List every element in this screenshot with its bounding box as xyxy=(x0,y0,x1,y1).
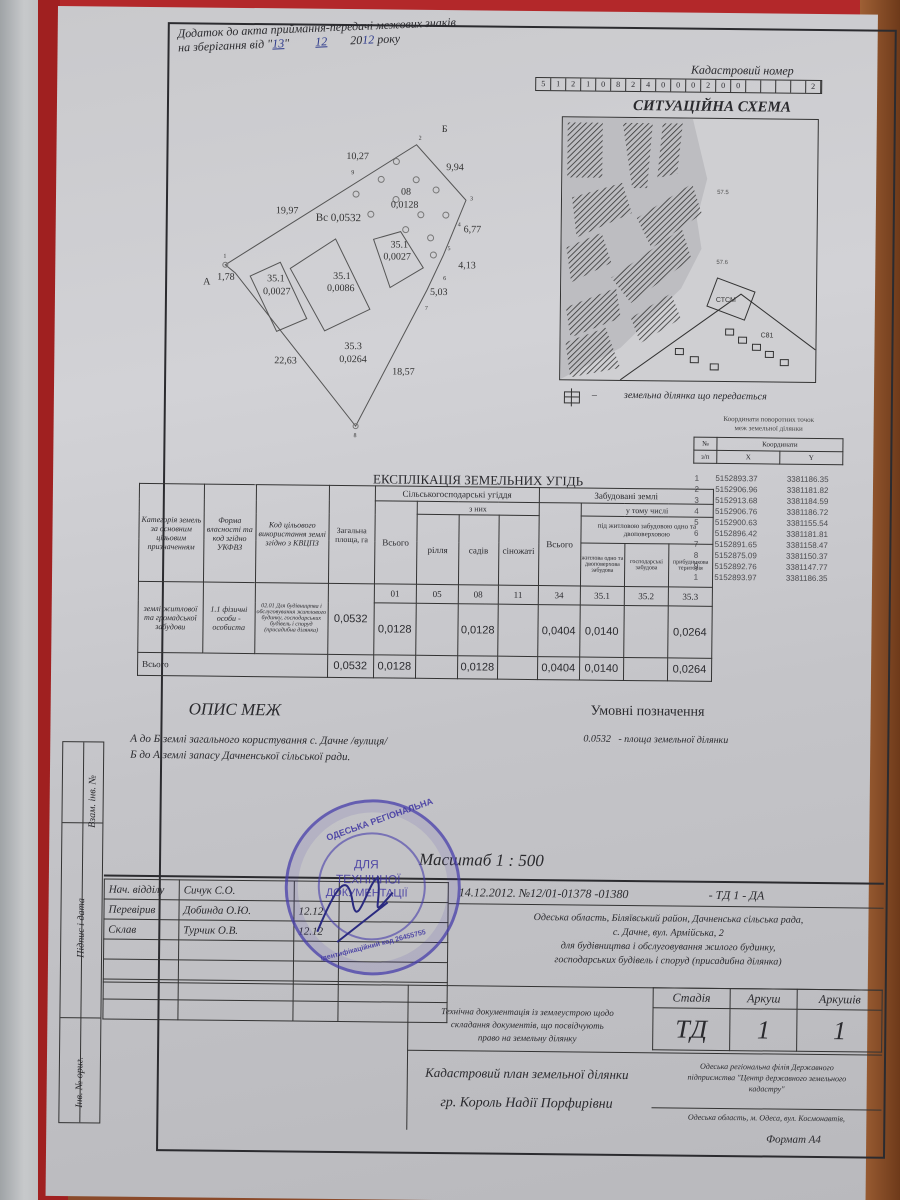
svg-text:18,57: 18,57 xyxy=(392,367,415,378)
cadastral-digit: 2 xyxy=(566,78,581,90)
total-value-cell: 0,0128 xyxy=(457,656,497,679)
staff-name: Турчик О.В. xyxy=(179,920,294,941)
staff-row-empty xyxy=(103,999,447,1023)
coord-y: 3381186.35 xyxy=(771,573,842,585)
row-total-area: 0,0532 xyxy=(327,583,374,654)
coord-y: 3381150.37 xyxy=(771,551,842,563)
cadastral-digit: 0 xyxy=(731,80,746,92)
svg-text:0,0264: 0,0264 xyxy=(339,354,367,365)
total-label: Всього xyxy=(137,652,327,677)
text-line: Технічна документація із землеустрою щод… xyxy=(407,1005,647,1021)
official-stamp: ОДЕСЬКА РЕГІОНАЛЬНА ДЛЯ ТЕХНІЧНОЇ ДОКУМЕ… xyxy=(284,798,462,976)
appendix-year-suffix: 12 xyxy=(362,32,375,46)
cadastral-digit xyxy=(746,80,761,92)
sheets-label: Аркушів xyxy=(798,989,883,1010)
svg-text:6,77: 6,77 xyxy=(464,224,482,235)
coord-col-coords: Координати xyxy=(717,437,843,451)
staff-name: Добинда О.Ю. xyxy=(179,900,294,921)
svg-text:5: 5 xyxy=(447,246,450,252)
value-cell xyxy=(415,603,458,655)
cadastral-digit: 2 xyxy=(626,79,641,91)
boundaries-description: А до Б землі загального користування с. … xyxy=(130,731,387,766)
row-category: землі житлової та громадської забудови xyxy=(138,581,203,653)
svg-text:0,0086: 0,0086 xyxy=(327,283,355,294)
coord-col-no: № xyxy=(694,437,717,450)
location-block: Одеська область, Біляївський район, Дачн… xyxy=(448,910,889,971)
svg-text:6: 6 xyxy=(443,276,446,282)
svg-text:4: 4 xyxy=(458,222,461,228)
cadastral-digit: 5 xyxy=(536,78,551,90)
hdr-sub2: господарські забудова xyxy=(624,543,669,586)
hdr-under-buildings: під житловою забудовою одно та двоповерх… xyxy=(581,516,714,544)
boundaries-title: ОПИС МЕЖ xyxy=(189,699,282,720)
legend-value: 0.0532 xyxy=(583,734,611,745)
stage-label: Стадія xyxy=(653,988,730,1009)
cadastral-number-boxes: 512108240002002 xyxy=(535,77,822,94)
svg-text:22,63: 22,63 xyxy=(274,355,297,366)
coord-y: 3381184.59 xyxy=(772,496,843,508)
sheet-value: 1 xyxy=(729,1009,797,1052)
code-cell: 35.3 xyxy=(668,587,712,606)
code-cell: 35.1 xyxy=(580,586,624,605)
coord-y: 3381181.82 xyxy=(772,485,843,497)
coord-n: 1 xyxy=(693,473,701,484)
coord-col-x: X xyxy=(717,450,780,464)
situation-map: СТСМ С81 57.5 57.6 xyxy=(559,116,819,383)
side-stamp: Взам. інв. № Підпис і дата Інв. № ориг. xyxy=(58,741,104,1123)
staff-name: Сичук С.О. xyxy=(179,880,294,901)
organization-block: Одеська регіональна філія Державногопідп… xyxy=(652,1060,882,1095)
cadastral-digit xyxy=(776,81,791,93)
cadastral-digit: 2 xyxy=(806,81,821,93)
coord-col-no-sub: з/п xyxy=(694,450,717,463)
coord-y: 3381155.54 xyxy=(772,518,843,530)
value-cell: 0,0264 xyxy=(668,606,713,658)
staff-role: Перевірив xyxy=(104,899,179,920)
value-cell: 0,0128 xyxy=(373,603,416,655)
cadastral-digit: 0 xyxy=(596,79,611,91)
coord-col-y: Y xyxy=(780,451,843,465)
svg-text:Вс 0,0532: Вс 0,0532 xyxy=(316,212,361,224)
code-cell: 05 xyxy=(416,584,458,603)
total-value-cell xyxy=(497,656,537,679)
hdr-gardens: садів xyxy=(458,515,499,585)
doc-number: 14.12.2012. №12/01-01378 -01380 xyxy=(459,885,629,902)
cadastral-number-label: Кадастровий номер xyxy=(612,62,872,80)
coord-y: 3381158.47 xyxy=(772,540,843,552)
coordinates-title-line2: меж земельної ділянки xyxy=(694,424,844,435)
appendix-day: 13 xyxy=(272,36,285,50)
cadastral-digit xyxy=(791,81,806,93)
svg-text:0,0027: 0,0027 xyxy=(263,286,291,297)
plot-symbol-icon xyxy=(564,391,580,403)
hdr-agri: Сільськогосподарські угіддя xyxy=(375,486,539,503)
code-cell: 08 xyxy=(458,585,498,604)
side-replace-inv: Взам. інв. № xyxy=(87,748,99,828)
total-value-cell xyxy=(623,657,667,680)
coord-y: 3381186.35 xyxy=(772,474,843,486)
side-sign-date: Підпис і дата xyxy=(76,878,88,958)
svg-text:57.5: 57.5 xyxy=(717,190,729,196)
hdr-built-total: Всього xyxy=(538,503,581,586)
total-value-cell xyxy=(415,655,457,678)
svg-text:35.1: 35.1 xyxy=(333,271,351,282)
hdr-sub3: прибудинкова територія xyxy=(668,544,713,587)
boundary-line2: Б до А землі запасу Дачненської сільсько… xyxy=(130,747,387,766)
svg-text:35.3: 35.3 xyxy=(344,341,362,352)
situation-map-drawing: СТСМ С81 57.5 57.6 xyxy=(560,117,818,382)
plan-title: Кадастровий план земельної ділянки xyxy=(407,1065,647,1084)
code-cell: 01 xyxy=(374,584,416,603)
svg-text:8: 8 xyxy=(353,433,356,439)
svg-text:4,13: 4,13 xyxy=(458,260,476,271)
legend-title: Умовні позначення xyxy=(591,704,705,721)
cadastral-digit: 1 xyxy=(581,78,596,90)
svg-text:35.1: 35.1 xyxy=(390,239,408,250)
svg-text:0,0128: 0,0128 xyxy=(391,199,419,210)
hdr-purpose-code: Код цільового використання землі згідно … xyxy=(255,485,329,584)
cadastral-digit: 4 xyxy=(641,79,656,91)
svg-text:СТСМ: СТСМ xyxy=(716,297,736,304)
code-cell: 11 xyxy=(498,585,538,604)
code-cell: 35.2 xyxy=(624,586,668,605)
doc-type-block: Технічна документація із землеустрою щод… xyxy=(407,1005,647,1047)
cadastral-plan-document: Додаток до акта приймання-передачі межов… xyxy=(46,6,878,1200)
legend-desc: - площа земельної ділянки xyxy=(618,734,728,746)
hdr-ownership: Форма власності та код згідно УКФВЗ xyxy=(203,484,256,583)
legend-entry: 0.0532 - площа земельної ділянки xyxy=(583,734,728,747)
staff-role: Нач. відділу xyxy=(104,879,179,900)
coordinates-title: Координати поворотних точок меж земельно… xyxy=(694,415,844,435)
value-cell xyxy=(623,605,668,657)
svg-text:2: 2 xyxy=(419,136,422,142)
cadastral-digit: 2 xyxy=(701,80,716,92)
coordinates-table: 15152893.373381186.3525152906.963381181.… xyxy=(692,473,843,585)
owner-name: гр. Король Надії Порфирівни xyxy=(406,1095,646,1114)
cadastral-digit: 1 xyxy=(551,78,566,90)
svg-text:35.1: 35.1 xyxy=(267,273,285,284)
cadastral-digit: 0 xyxy=(671,79,686,91)
total-value-cell: 0,0404 xyxy=(537,657,579,680)
signature-icon xyxy=(307,862,418,953)
cadastral-digit: 0 xyxy=(686,80,701,92)
total-value-cell: 0,0140 xyxy=(579,657,623,680)
cadastral-digit: 0 xyxy=(716,80,731,92)
hdr-of-them: з них xyxy=(417,501,539,515)
appendix-month: 12 xyxy=(295,33,348,49)
cadastral-digit xyxy=(761,80,776,92)
hdr-arable: рілля xyxy=(416,514,459,584)
hdr-sub1: житлова одно та двоповерхова забудова xyxy=(580,543,625,586)
svg-text:0,0027: 0,0027 xyxy=(383,251,411,262)
staff-role: Склав xyxy=(104,919,179,940)
sheet-label: Аркуш xyxy=(730,989,798,1010)
row-ownership: 1.1 фізичні особи - особиста xyxy=(202,582,255,654)
svg-text:Б: Б xyxy=(442,124,448,135)
row-purpose: 02.01 Для будівництва і обслуговування ж… xyxy=(255,583,329,655)
coord-y: 3381186.72 xyxy=(772,507,843,519)
value-cell: 0,0404 xyxy=(537,605,580,657)
value-cell: 0,0140 xyxy=(579,605,624,657)
situation-scheme-title: СИТУАЦІЙНА СХЕМА xyxy=(582,97,842,117)
survey-plan-drawing: А Б 10,27 9,94 19,97 6,77 4,13 5,03 1,78… xyxy=(193,117,516,450)
svg-text:5,03: 5,03 xyxy=(430,287,448,298)
svg-text:С81: С81 xyxy=(761,332,774,339)
hdr-agri-total: Всього xyxy=(374,501,417,584)
format-label: Формат А4 xyxy=(766,1133,821,1146)
svg-text:1,78: 1,78 xyxy=(217,272,235,283)
hdr-hayfields: сіножаті xyxy=(498,515,539,585)
explication-table: Категорія земель за основним цільовим пр… xyxy=(137,483,714,682)
svg-text:1: 1 xyxy=(223,254,226,260)
hdr-total-area: Загальна площа, га xyxy=(328,485,375,583)
cadastral-digit: 8 xyxy=(611,79,626,91)
map-legend-text: земельна ділянка що передається xyxy=(624,390,767,402)
coordinate-row: 15152893.973381186.35 xyxy=(692,572,842,585)
svg-text:10,27: 10,27 xyxy=(346,151,369,162)
cadastral-digit: 0 xyxy=(656,79,671,91)
code-cell: 34 xyxy=(538,586,580,605)
svg-text:19,97: 19,97 xyxy=(276,205,299,216)
svg-text:9: 9 xyxy=(351,170,354,176)
coord-y: 3381147.77 xyxy=(771,562,842,574)
stage-table: Стадія Аркуш Аркушів ТД 1 1 xyxy=(652,987,883,1052)
svg-text:А: А xyxy=(203,277,211,288)
total-value-cell: 0,0264 xyxy=(667,658,711,681)
stage-value: ТД xyxy=(653,1008,730,1051)
total-value-cell: 0,0128 xyxy=(373,655,415,678)
appendix-year-word: року xyxy=(377,31,401,46)
svg-text:9,94: 9,94 xyxy=(446,162,464,173)
appendix-year-prefix: 20 xyxy=(350,33,363,47)
total-value-cell: 0,0532 xyxy=(327,654,373,677)
svg-text:3: 3 xyxy=(470,196,473,202)
svg-text:7: 7 xyxy=(425,306,428,312)
doc-code: - ТД 1 - ДА xyxy=(709,888,765,904)
text-line: право на земельну ділянку xyxy=(407,1031,647,1047)
svg-text:57.6: 57.6 xyxy=(716,260,728,266)
svg-text:08: 08 xyxy=(401,187,411,198)
sheets-value: 1 xyxy=(797,1009,882,1052)
coordinates-header-table: №Координати з/пXY xyxy=(693,437,843,466)
hdr-category: Категорія земель за основним цільовим пр… xyxy=(138,483,204,582)
value-cell: 0,0128 xyxy=(457,604,498,656)
value-cell xyxy=(497,604,538,656)
coord-y: 3381181.81 xyxy=(772,529,843,541)
coord-x: 5152893.37 xyxy=(701,473,773,485)
side-inv-orig: Інв. № ориг. xyxy=(74,1028,86,1108)
